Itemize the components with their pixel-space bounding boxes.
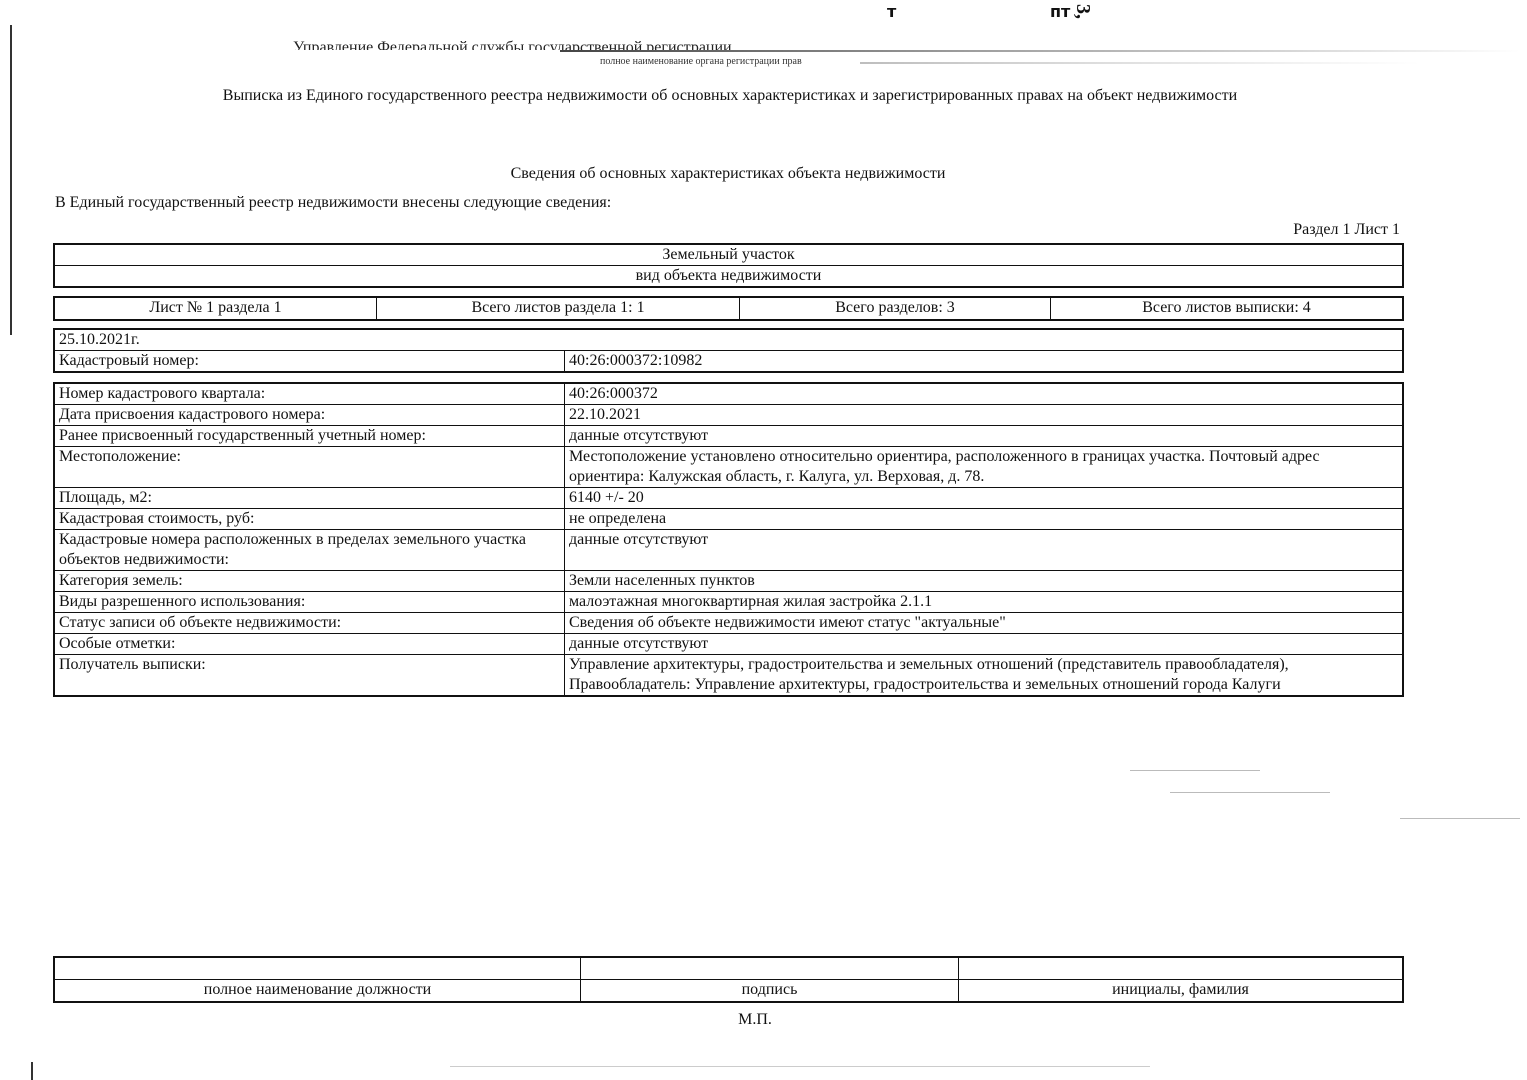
field-row: Ранее присвоенный государственный учетны… (54, 426, 1403, 447)
field-value: данные отсутствуют (565, 634, 1404, 655)
object-type-table: Земельный участок вид объекта недвижимос… (53, 243, 1404, 288)
field-label: Дата присвоения кадастрового номера: (54, 405, 565, 426)
signature-table: полное наименование должности подпись ин… (53, 956, 1404, 1003)
field-row: Кадастровая стоимость, руб:не определена (54, 509, 1403, 530)
field-value: малоэтажная многоквартирная жилая застро… (565, 592, 1404, 613)
cadastral-number-label: Кадастровый номер: (54, 351, 565, 373)
scan-noise (450, 1066, 1150, 1067)
field-label: Кадастровые номера расположенных в преде… (54, 530, 565, 571)
position-field (54, 957, 581, 980)
field-label: Номер кадастрового квартала: (54, 383, 565, 405)
field-label: Местоположение: (54, 447, 565, 488)
sheet-number: Лист № 1 раздела 1 (54, 297, 377, 320)
field-value: Сведения об объекте недвижимости имеют с… (565, 613, 1404, 634)
record-header-table: 25.10.2021г. Кадастровый номер: 40:26:00… (53, 328, 1404, 373)
scan-noise (1400, 818, 1520, 819)
sections-total: Всего разделов: 3 (740, 297, 1051, 320)
field-row: Местоположение:Местоположение установлен… (54, 447, 1403, 488)
characteristics-table: Номер кадастрового квартала:40:26:000372… (53, 382, 1404, 697)
field-value: 22.10.2021 (565, 405, 1404, 426)
field-row: Виды разрешенного использования:малоэтаж… (54, 592, 1403, 613)
signature-caption: подпись (581, 980, 959, 1003)
field-label: Кадастровая стоимость, руб: (54, 509, 565, 530)
corner-mark: пт (1050, 2, 1070, 21)
field-value: данные отсутствуют (565, 426, 1404, 447)
field-label: Статус записи об объекте недвижимости: (54, 613, 565, 634)
field-row: Кадастровые номера расположенных в преде… (54, 530, 1403, 571)
field-label: Ранее присвоенный государственный учетны… (54, 426, 565, 447)
field-value: данные отсутствуют (565, 530, 1404, 571)
scan-smudge (860, 62, 1420, 64)
field-value: 40:26:000372 (565, 383, 1404, 405)
field-value: 6140 +/- 20 (565, 488, 1404, 509)
field-value: Земли населенных пунктов (565, 571, 1404, 592)
field-label: Площадь, м2: (54, 488, 565, 509)
field-label: Категория земель: (54, 571, 565, 592)
object-type-caption: вид объекта недвижимости (54, 266, 1403, 288)
scan-edge-line (31, 1062, 33, 1080)
scan-noise (1170, 792, 1330, 793)
section-sheets-total: Всего листов раздела 1: 1 (377, 297, 740, 320)
field-row: Статус записи об объекте недвижимости:Св… (54, 613, 1403, 634)
field-value: Местоположение установлено относительно … (565, 447, 1404, 488)
field-row: Категория земель:Земли населенных пункто… (54, 571, 1403, 592)
record-date: 25.10.2021г. (54, 329, 1403, 351)
sheet-reference: Раздел 1 Лист 1 (1293, 221, 1400, 239)
name-caption: инициалы, фамилия (959, 980, 1404, 1003)
signature-field (581, 957, 959, 980)
scan-smudge (560, 50, 1520, 52)
stamp-place: М.П. (0, 1011, 1510, 1029)
extract-sheets-total: Всего листов выписки: 4 (1051, 297, 1404, 320)
corner-mark: т (887, 2, 896, 21)
scan-noise (1130, 770, 1260, 771)
organization-caption: полное наименование органа регистрации п… (600, 56, 802, 67)
field-label: Получатель выписки: (54, 655, 565, 697)
field-value: Управление архитектуры, градостроительст… (565, 655, 1404, 697)
cadastral-number-value: 40:26:000372:10982 (565, 351, 1404, 373)
field-row: Дата присвоения кадастрового номера:22.1… (54, 405, 1403, 426)
intro-text: В Единый государственный реестр недвижим… (55, 194, 611, 212)
name-field (959, 957, 1404, 980)
field-row: Номер кадастрового квартала:40:26:000372 (54, 383, 1403, 405)
sheets-info-table: Лист № 1 раздела 1 Всего листов раздела … (53, 296, 1404, 321)
corner-mark: 3, (1071, 4, 1094, 19)
document-title: Выписка из Единого государственного реес… (0, 87, 1460, 105)
position-caption: полное наименование должности (54, 980, 581, 1003)
field-row: Особые отметки:данные отсутствуют (54, 634, 1403, 655)
field-label: Особые отметки: (54, 634, 565, 655)
organization-name: Управление Федеральной службы государств… (293, 36, 732, 50)
field-row: Получатель выписки:Управление архитектур… (54, 655, 1403, 697)
object-type-value: Земельный участок (54, 244, 1403, 266)
field-value: не определена (565, 509, 1404, 530)
section-title: Сведения об основных характеристиках объ… (0, 165, 1456, 183)
field-row: Площадь, м2:6140 +/- 20 (54, 488, 1403, 509)
field-label: Виды разрешенного использования: (54, 592, 565, 613)
